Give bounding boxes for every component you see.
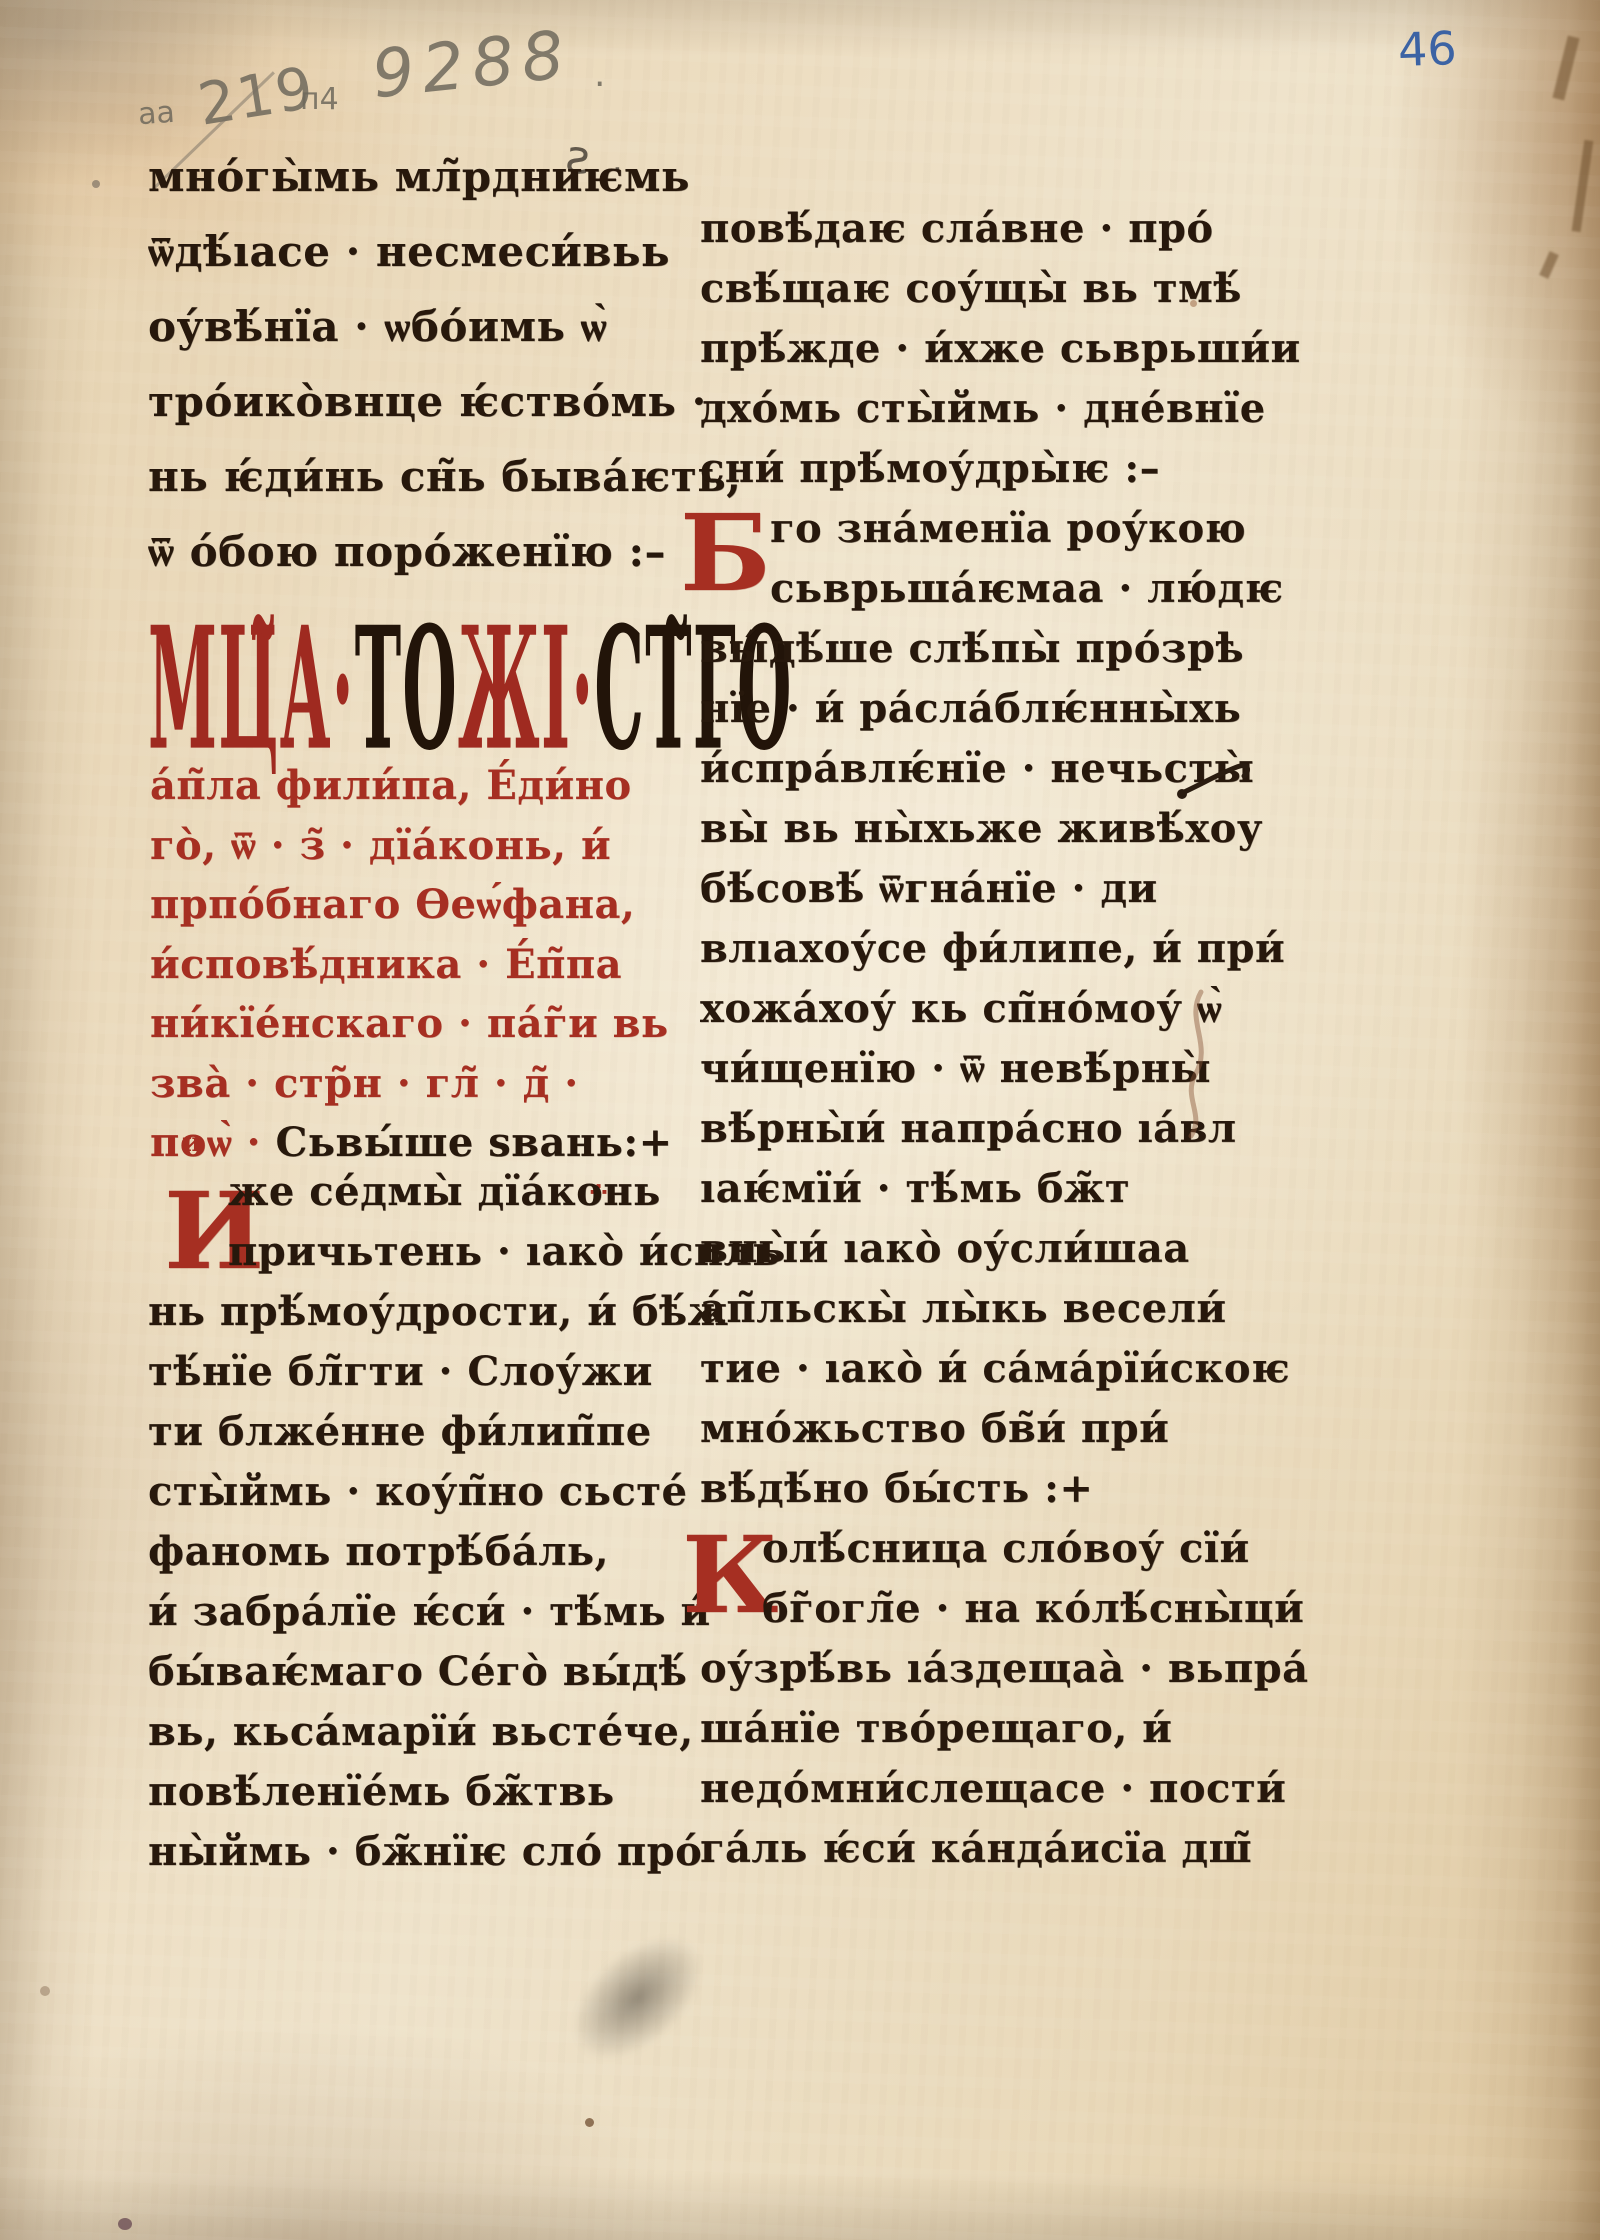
- text-line: дхо́мь сты̀ймь · дне́внїе: [700, 385, 1301, 445]
- page-edge-mark: [1539, 251, 1559, 279]
- text-line: ѿдѣ́ıасе · несмеси́вьь: [148, 227, 741, 302]
- margin-squiggle: [1183, 990, 1233, 1140]
- title-part: ТО: [355, 589, 458, 788]
- text-line: бѣ́совѣ́ ѿгна́нїе · ди: [700, 865, 1290, 925]
- text-line: свѣ́щаѥ соу́щы̀ вь тмѣ́: [700, 265, 1301, 325]
- text-line: бг̃огл̃е · на ко́лѣ́сны̀ци́: [700, 1585, 1309, 1645]
- text-line: тие · ıако̀ и́ са́ма́рїи́скоѥ: [700, 1345, 1290, 1405]
- text-line: повѣ́даѥ сла́вне · про́: [700, 205, 1301, 265]
- worm-hole: [585, 2118, 594, 2127]
- superscript-letter: и: [182, 1128, 201, 1158]
- text-line: оу́зрѣ́вь ıа́здещаа̀ · вьпра́: [700, 1645, 1309, 1705]
- ink-smudge: [549, 1912, 726, 2084]
- text-line: вы̀ вь ны̀хьже живѣ́хоу: [700, 805, 1290, 865]
- text-line: сни́ прѣ́моу́дры̀ѥ :–: [700, 445, 1301, 505]
- pencil-speck: [92, 180, 100, 188]
- title-part: ·: [332, 589, 355, 788]
- text-line: причьтень · ıако̀ и́спль: [148, 1228, 780, 1288]
- text-line: вны̀и́ ıако̀ оу́сли́шаа: [700, 1225, 1290, 1285]
- rubric-tail-red: поѡ̀ ·: [150, 1119, 275, 1166]
- rubric-line: а́п̃ла фили́па, Е́ди́но: [150, 762, 673, 822]
- stain-dot: [40, 1986, 50, 1996]
- pen-flourish: [1178, 756, 1258, 802]
- pencil-dot: ·: [594, 64, 605, 105]
- text-line: вы́дѣ́ше слѣ́пы̀ про́зрѣ: [700, 625, 1290, 685]
- stain-dot: [118, 2218, 132, 2230]
- text-line: тѣ́нїе бл̃гти · Слоу́жи: [148, 1348, 780, 1408]
- folio-number: 46: [1397, 21, 1457, 77]
- manuscript-page: аа 219 п4 9288 · ƨ · 46 мно́гы̀мь мл̃рдн…: [0, 0, 1600, 2240]
- right-column-section-k: олѣ́сница сло́воу́ сїи́ бг̃огл̃е · на ко…: [700, 1525, 1309, 1885]
- text-line: прѣ́жде · и́хже сьврьши́и: [700, 325, 1301, 385]
- text-line: нїе · и́ ра́сла́блѥ́нны̀хь: [700, 685, 1290, 745]
- rubric-line: ни́кїе́нскаго · па́г̃и вь: [150, 1000, 673, 1060]
- text-line: вь, кьса́марїи́ вьсте́че,: [148, 1708, 780, 1768]
- left-column-rubric: а́п̃ла фили́па, Е́ди́но го̀, ѿ · з̃ · дї…: [150, 762, 673, 1179]
- text-line: га́ль ѥ́си́ ка́нда́исїа дш̃: [700, 1825, 1309, 1885]
- page-edge-mark: [1552, 35, 1579, 100]
- text-line: а́п̃льскы̀ лы̀кь весели́: [700, 1285, 1290, 1345]
- pencil-annotation: 9288: [369, 16, 576, 113]
- text-line: ıаѥ́мїи́ · тѣ́мь бж̃т: [700, 1165, 1290, 1225]
- rubric-tail-black: Сьвы́ше ѕвань:+: [275, 1119, 672, 1166]
- page-edge-mark: [1572, 140, 1594, 232]
- text-line: мно́жьство бв̃и́ при́: [700, 1405, 1290, 1465]
- text-line: сьврьша́ѥмаа · лю́дѥ: [700, 565, 1290, 625]
- title-part: ЖІ: [458, 589, 571, 788]
- text-line: тро́ико̀внце ѥ́ство́мь ·: [148, 377, 741, 452]
- text-line: вѣ́дѣ́но бы́сть :+: [700, 1465, 1290, 1525]
- text-line: же се́дмы̀ дїа́конь: [148, 1168, 780, 1228]
- rubric-line: зва̀ · стр̃н · гл̃ · д̃ ·: [150, 1060, 673, 1120]
- text-line: оу́вѣ́нїа · ѡбо́имь ѡ̀: [148, 302, 741, 377]
- text-line: олѣ́сница сло́воу́ сїи́: [700, 1525, 1309, 1585]
- text-line: нь ѥ́ди́нь сн̃ь быва́ѥть,: [148, 452, 741, 527]
- right-column-block1: повѣ́даѥ сла́вне · про́ свѣ́щаѥ соу́щы̀ …: [700, 205, 1301, 505]
- stain-dot: [1190, 300, 1197, 307]
- rubric-line: го̀, ѿ · з̃ · дїа́конь, и́: [150, 822, 673, 882]
- text-line: недо́мни́слещасе · пости́: [700, 1765, 1309, 1825]
- text-line: нь прѣ́моу́дрости, и́ бѣ́ж: [148, 1288, 780, 1348]
- text-line: повѣ́ленїе́мь бж̃твь: [148, 1768, 780, 1828]
- rubric-line: и́сповѣ́дника · Е́п̃па: [150, 941, 673, 1001]
- text-line: го зна́менїа роу́кою: [700, 505, 1290, 565]
- text-line: ны̀ймь · бж̃нїѥ сло́ про́: [148, 1828, 780, 1888]
- text-line: влıахоу́се фи́липе, и́ при́: [700, 925, 1290, 985]
- title-part: МЦ̃А: [148, 589, 332, 788]
- pencil-annotation: п4: [300, 82, 339, 117]
- text-line: ти блже́нне фи́лип̃пе: [148, 1408, 780, 1468]
- title-part: ·: [571, 589, 594, 788]
- text-line: ша́нїе тво́рещаго, и́: [700, 1705, 1309, 1765]
- pencil-annotation: аа: [137, 95, 176, 132]
- text-line: мно́гы̀мь мл̃рдниѥмь: [148, 152, 741, 227]
- rubric-line: прпо́бнаго Ѳеѡ́фана,: [150, 881, 673, 941]
- text-line: бы́ваѥ́маго Се́го̀ вы́дѣ́: [148, 1648, 780, 1708]
